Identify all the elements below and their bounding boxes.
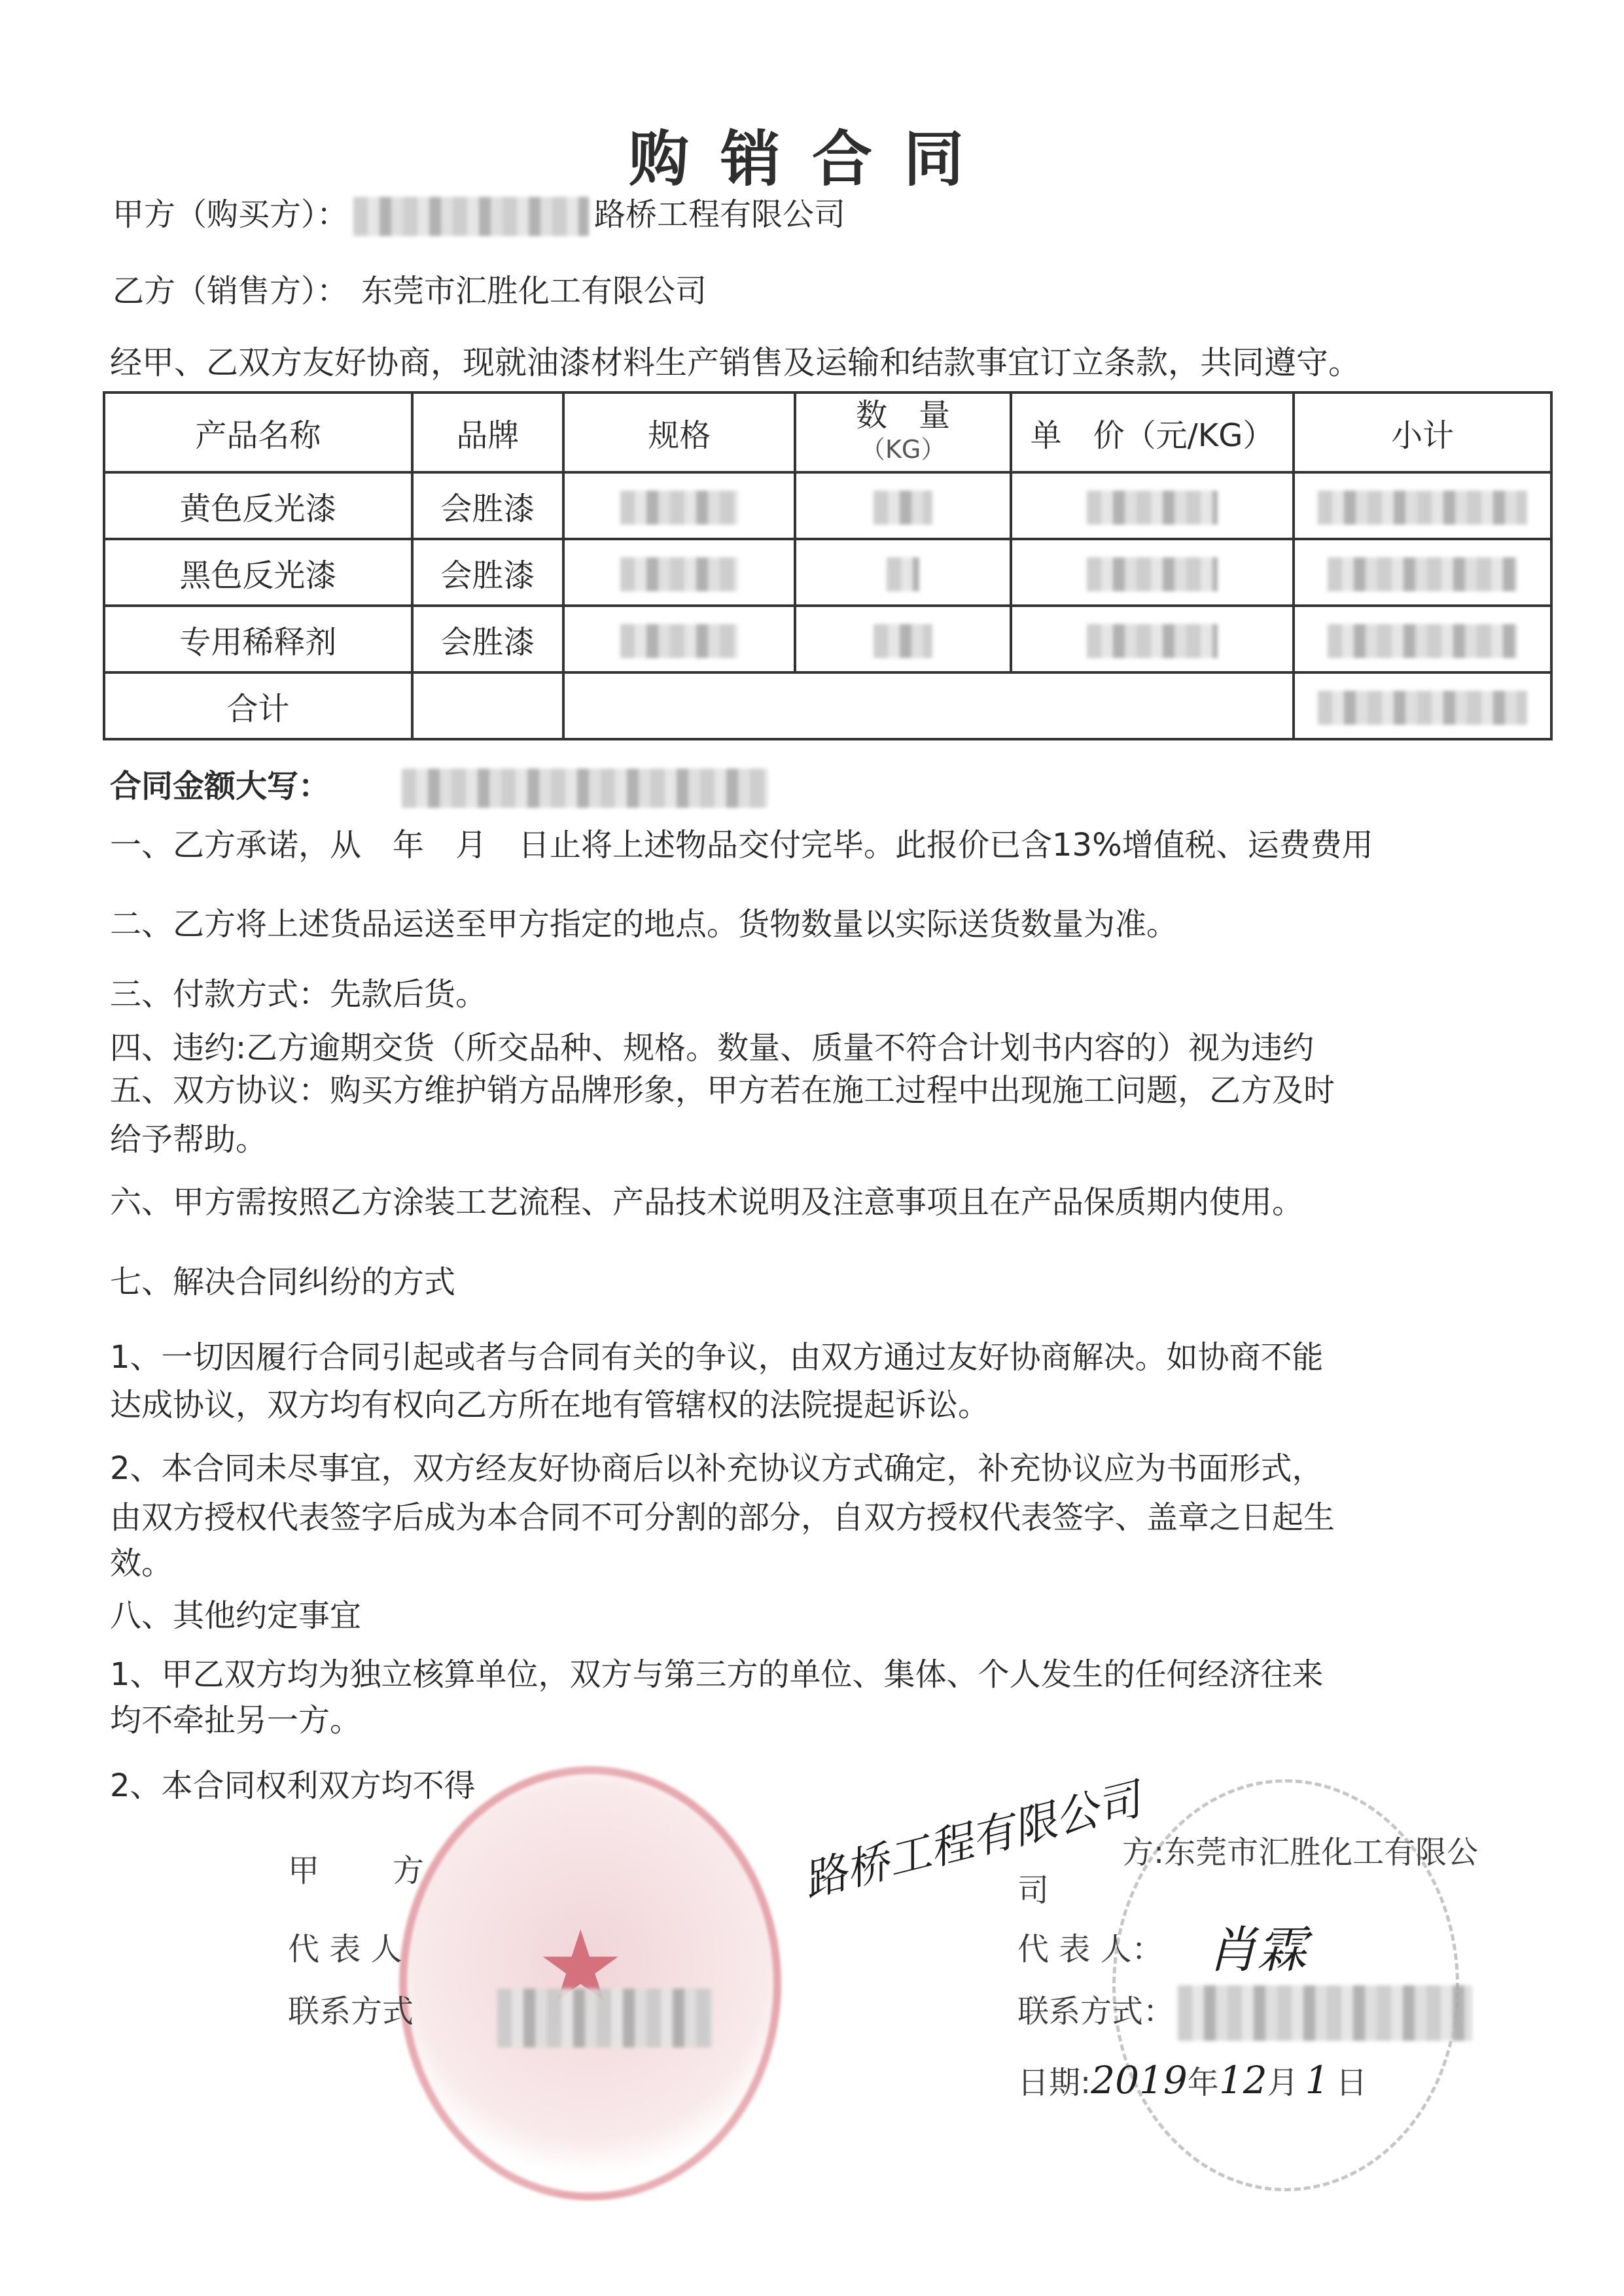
clause-5-line-2: 给予帮助。 [110,1120,267,1159]
clause-7-2-line-2: 由双方授权代表签字后成为本合同不可分割的部分，自双方授权代表签字、盖章之日起生 [110,1498,1335,1537]
party-a-sign-label-1: 甲 [288,1851,319,1890]
redacted-unit-price [1087,557,1218,591]
redacted-subtotal [1328,624,1517,658]
clause-7-2-line-3: 效。 [110,1544,173,1583]
cell-unit-price [1011,539,1294,606]
clause-6: 六、甲方需按照乙方涂装工艺流程、产品技术说明及注意事项且在产品保质期内使用。 [110,1183,1303,1222]
redacted-spec [620,491,738,525]
date-year-suffix: 年 [1188,2064,1219,2101]
header-unit-price: 单 价（元/KG） [1011,392,1294,472]
cell-name: 黑色反光漆 [104,539,412,606]
goods-table: 产品名称 品牌 规格 数 量 （KG） 单 价（元/KG） 小计 黄色反光漆 会… [103,391,1553,740]
party-b-rep-label: 代 表 人： [1017,1930,1163,1969]
header-qty: 数 量 （KG） [795,392,1010,472]
header-qty-label: 数 量 [796,398,1009,432]
clause-4: 四、违约:乙方逾期交货（所交品种、规格。数量、质量不符合计划书内容的）视为违约 [110,1028,1314,1068]
amount-in-words-label: 合同金额大写： [110,768,330,805]
redacted-unit-price [1087,624,1218,658]
clause-8-2: 2、本合同权利双方均不得 [110,1766,476,1805]
table-row: 黄色反光漆 会胜漆 [104,472,1551,539]
party-b-rep-signature: 肖霖 [1207,1910,1307,1981]
date-year: 2019 [1091,2058,1188,2102]
cell-qty [795,472,1010,539]
redacted-qty [874,491,932,525]
cell-unit-price [1011,472,1294,539]
table-total-row: 合计 [104,672,1551,739]
date-day: 1 [1305,2058,1330,2102]
clause-7-2-line-1: 2、本合同未尽事宜，双方经友好协商后以补充协议方式确定，补充协议应为书面形式， [110,1449,1324,1488]
table-row: 专用稀释剂 会胜漆 [104,606,1551,672]
redacted-spec [620,557,738,591]
cell-subtotal [1294,472,1551,539]
cell-unit-price [1011,606,1294,672]
party-a-contact-redacted [497,1989,713,2047]
cell-empty-span [563,672,1294,739]
cell-qty [795,539,1010,606]
party-b-sign-label: 方:东莞市汇胜化工有限公 [1122,1833,1478,1872]
clause-7-title: 七、解决合同纠纷的方式 [110,1262,455,1302]
clause-8-title: 八、其他约定事宜 [110,1596,361,1635]
redacted-spec [620,624,738,658]
party-b-label: 乙方（销售方）： [113,273,348,309]
amount-in-words-redacted [402,769,768,808]
redacted-qty [874,624,932,658]
cell-empty [412,672,563,739]
party-a-sign-label-2: 方 [393,1851,424,1890]
party-a-name-suffix: 路桥工程有限公司 [594,196,845,233]
cell-brand: 会胜漆 [412,606,563,672]
document-title: 购销合同 [0,111,1624,198]
table-row: 黑色反光漆 会胜漆 [104,539,1551,606]
cell-total-label: 合计 [104,672,412,739]
date-month: 12 [1219,2058,1267,2102]
clause-7-1-line-1: 1、一切因履行合同引起或者与合同有关的争议，由双方通过友好协商解决。如协商不能 [110,1338,1324,1377]
header-spec: 规格 [563,392,795,472]
header-name: 产品名称 [104,392,412,472]
cell-spec [563,472,795,539]
redacted-subtotal [1318,491,1527,525]
redacted-unit-price [1087,491,1218,525]
header-subtotal: 小计 [1294,392,1551,472]
party-a-label: 甲方（购买方）： [113,196,348,233]
party-b-date-line: 日期:2019年12月1日 [1017,2061,1368,2102]
cell-brand: 会胜漆 [412,472,563,539]
cell-name: 黄色反光漆 [104,472,412,539]
cell-qty [795,606,1010,672]
party-b-sign-label-wrap: 司 [1017,1871,1049,1910]
cell-name: 专用稀释剂 [104,606,412,672]
party-b-contact-redacted [1178,1985,1472,2041]
date-day-suffix: 日 [1336,2064,1368,2101]
party-a-handwritten-name: 路桥工程有限公司 [796,1765,1146,1909]
preamble: 经甲、乙双方友好协商，现就油漆材料生产销售及运输和结款事宜订立条款，共同遵守。 [110,343,1360,383]
redacted-subtotal [1328,557,1517,591]
cell-brand: 会胜漆 [412,539,563,606]
cell-total-value [1294,672,1551,739]
clause-8-1-line-1: 1、甲乙双方均为独立核算单位，双方与第三方的单位、集体、个人发生的任何经济往来 [110,1655,1324,1694]
date-month-suffix: 月 [1267,2064,1299,2101]
clause-5-line-1: 五、双方协议：购买方维护销方品牌形象，甲方若在施工过程中出现施工问题，乙方及时 [110,1071,1335,1110]
clause-8-1-line-2: 均不牵扯另一方。 [110,1701,361,1740]
party-a-line: 甲方（购买方）：路桥工程有限公司 [113,195,845,236]
party-b-contact-label: 联系方式： [1017,1992,1174,2031]
clause-3: 三、付款方式：先款后货。 [110,975,487,1014]
party-b-line: 乙方（销售方）：东莞市汇胜化工有限公司 [113,271,707,311]
cell-spec [563,539,795,606]
redacted-total [1318,691,1527,725]
clause-7-1-line-2: 达成协议，双方均有权向乙方所在地有管辖权的法院提起诉讼。 [110,1385,989,1425]
table-header-row: 产品名称 品牌 规格 数 量 （KG） 单 价（元/KG） 小计 [104,392,1551,472]
amount-in-words-line: 合同金额大写： [110,767,768,808]
clause-1: 一、乙方承诺，从 年 月 日止将上述物品交付完毕。此报价已含13%增值税、运费费… [110,826,1373,865]
header-qty-unit: （KG） [796,432,1009,466]
clause-2: 二、乙方将上述货品运送至甲方指定的地点。货物数量以实际送货数量为准。 [110,905,1178,944]
date-label: 日期: [1017,2064,1091,2101]
cell-subtotal [1294,539,1551,606]
party-a-contact-label: 联系方式 [288,1992,414,2031]
party-b-name: 东莞市汇胜化工有限公司 [361,273,707,309]
cell-spec [563,606,795,672]
cell-subtotal [1294,606,1551,672]
redacted-qty [887,557,919,591]
header-brand: 品牌 [412,392,563,472]
party-a-name-redacted [353,197,589,236]
party-a-rep-label: 代 表 人 [288,1930,402,1969]
